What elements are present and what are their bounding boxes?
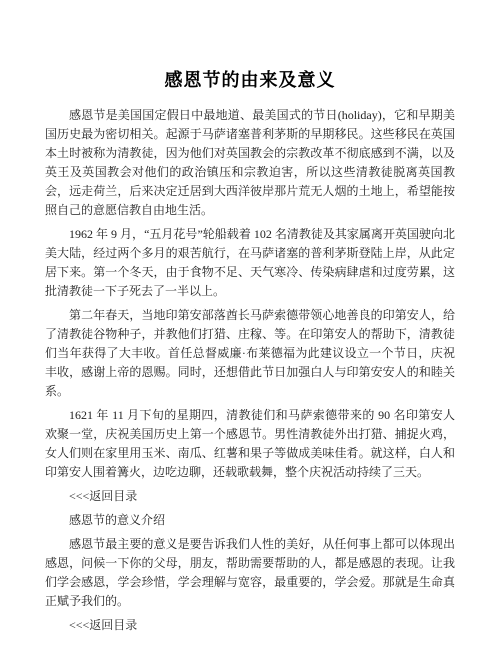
page-title: 感恩节的由来及意义 (45, 68, 455, 92)
back-to-toc-link[interactable]: <<<返回目录 (45, 487, 455, 506)
paragraph-indian-help: 第二年春天，当地印第安部落酋长马萨索德带领心地善良的印第安人，给了清教徒谷物种子… (45, 306, 455, 401)
paragraph-thanksgiving-intro: 感恩节是美国国定假日中最地道、最美国式的节日(holiday)，它和早期美国历史… (45, 106, 455, 220)
paragraph-meaning-description: 感恩节最主要的意义是要告诉我们人性的美好，从任何事上都可以体现出感恩，问候一下你… (45, 535, 455, 611)
paragraph-first-thanksgiving: 1621 年 11 月下旬的星期四，清教徒们和马萨索德带来的 90 名印第安人欢… (45, 406, 455, 482)
section-heading-meaning: 感恩节的意义介绍 (45, 511, 455, 530)
back-to-toc-link[interactable]: <<<返回目录 (45, 616, 455, 635)
paragraph-mayflower-voyage: 1962 年 9 月，“五月花号”轮船载着 102 名清教徒及其家属离开英国驶向… (45, 225, 455, 301)
document-page: 感恩节的由来及意义 感恩节是美国国定假日中最地道、最美国式的节日(holiday… (0, 0, 500, 647)
